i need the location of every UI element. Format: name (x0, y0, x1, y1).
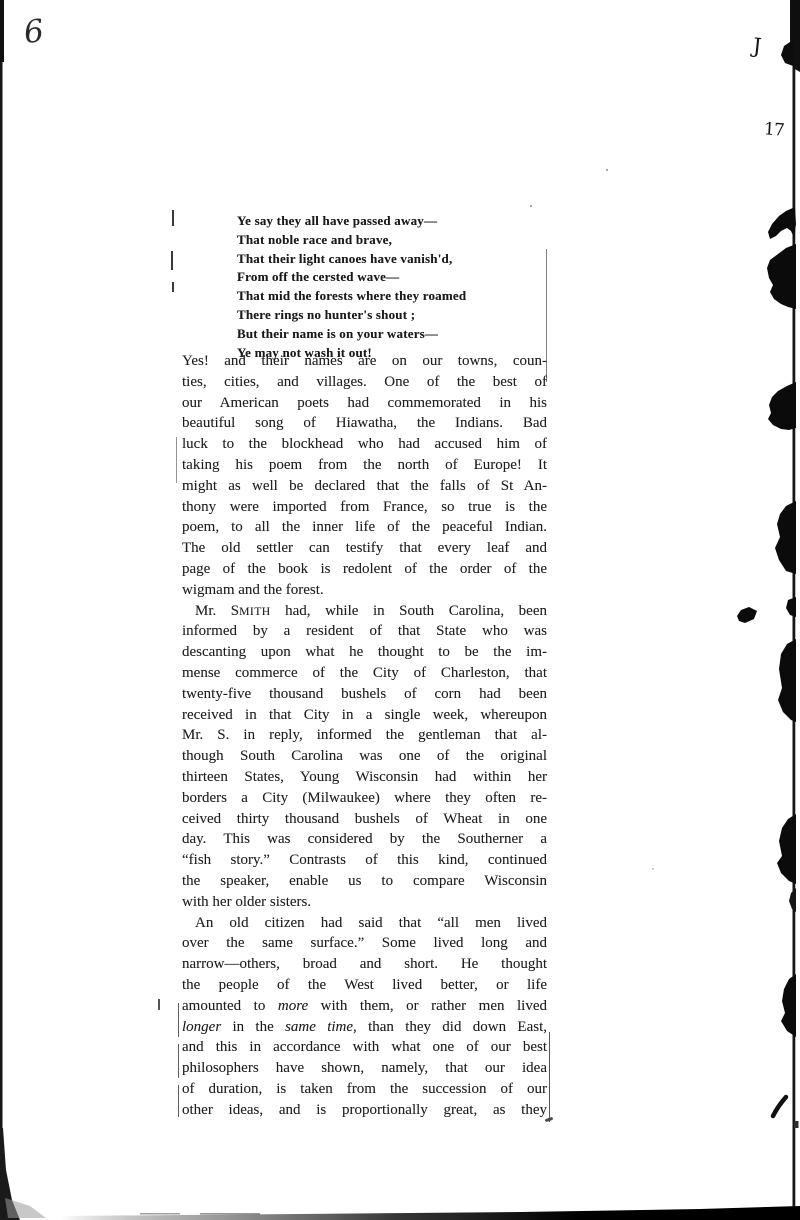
ink-blotch (768, 382, 796, 430)
text-line: over the same surface.” Some lived long … (182, 933, 547, 954)
paper-speck (530, 205, 532, 207)
text-line: beautiful song of Hiawatha, the Indians.… (182, 413, 547, 434)
text-line: ceived thirty thousand bushels of Wheat … (182, 809, 547, 830)
ink-blotch (786, 597, 796, 617)
left-bottom-smudge (5, 1198, 46, 1218)
text-line: with her older sisters. (182, 892, 547, 913)
italic-text: same time (285, 1019, 353, 1035)
margin-tick (158, 999, 160, 1010)
poem-line: Ye say they all have passed away— (237, 212, 557, 231)
text-line: ties, cities, and villages. One of the b… (182, 372, 547, 393)
paper-speck (652, 868, 654, 870)
text-line: luck to the blockhead who had accused hi… (182, 434, 547, 455)
text-line: the speaker, enable us to compare Wiscon… (182, 871, 547, 892)
text-line: narrow—others, broad and short. He thoug… (182, 954, 547, 975)
ink-spot-isolated (737, 607, 757, 623)
italic-text: more (278, 998, 308, 1014)
poem-line: From off the cersted wave— (237, 268, 557, 287)
text-line: though South Carolina was one of the ori… (182, 746, 547, 767)
text-line: philosophers have shown, namely, that ou… (182, 1058, 547, 1079)
text-line: informed by a resident of that State who… (182, 621, 547, 642)
ink-blotch (775, 501, 796, 574)
poem-line: That noble race and brave, (237, 231, 557, 250)
ink-blotch (768, 207, 796, 239)
margin-rule-left-bottom (178, 1003, 179, 1117)
text-line: other ideas, and is proportionally great… (182, 1100, 547, 1121)
text-line: day. This was considered by the Southern… (182, 829, 547, 850)
ink-blotch (789, 888, 796, 912)
paper-speck (606, 169, 608, 171)
left-edge-line (0, 0, 3, 1220)
ink-blotch (781, 974, 796, 1037)
text-line: might as well be declared that the falls… (182, 476, 547, 497)
bottom-dash (140, 1213, 180, 1215)
margin-tick (171, 251, 173, 270)
poem-line: That mid the forests where they roamed (237, 287, 557, 306)
poem-line: That their light canoes have vanish'd, (237, 250, 557, 269)
text-line: our American poets had commemorated in h… (182, 393, 547, 414)
text-line: Mr. Smith had, while in South Carolina, … (182, 601, 547, 622)
text-line: Mr. S. in reply, informed the gentleman … (182, 725, 547, 746)
margin-rule-left-mid (176, 437, 177, 483)
right-edge-line (793, 0, 796, 1220)
small-caps-text: mith (239, 605, 270, 618)
ink-dot (794, 1121, 799, 1128)
text-line: the people of the West lived better, or … (182, 975, 547, 996)
ink-blotch (777, 814, 796, 884)
text-line: thony were imported from France, so true… (182, 497, 547, 518)
text-line: twenty-five thousand bushels of corn had… (182, 684, 547, 705)
paragraph: Yes! and their names are on our towns, c… (182, 351, 547, 601)
text-line: page of the book is redolent of the orde… (182, 559, 547, 580)
text-line: longer in the same time, than they did d… (182, 1017, 547, 1038)
text-line: borders a City (Milwaukee) where they of… (182, 788, 547, 809)
left-edge-bottom-wedge (0, 1128, 20, 1220)
margin-mark-upper-right: 17 (763, 119, 784, 140)
text-line: An old citizen had said that “all men li… (182, 913, 547, 934)
text-line: received in that City in a single week, … (182, 705, 547, 726)
text-line: The old settler can testify that every l… (182, 538, 547, 559)
scanned-document-page: 6 J 17 Ye say they all have passed away—… (0, 0, 800, 1220)
article-text: Yes! and their names are on our towns, c… (182, 351, 547, 1120)
poem-line: There rings no hunter's shout ; (237, 306, 557, 325)
paragraph: An old citizen had said that “all men li… (182, 913, 547, 1121)
bottom-dash (200, 1213, 260, 1215)
text-line: taking his poem from the north of Europe… (182, 455, 547, 476)
ink-blotch (767, 244, 796, 309)
bottom-edge-band (60, 1206, 800, 1220)
poem-line: But their name is on your waters— (237, 325, 557, 344)
paragraph: Mr. Smith had, while in South Carolina, … (182, 601, 547, 913)
text-line: poem, to all the inner life of the peace… (182, 517, 547, 538)
text-line: and this in accordance with what one of … (182, 1037, 547, 1058)
left-edge-top (0, 0, 4, 62)
margin-tick (172, 282, 174, 292)
text-line: “fish story.” Contrasts of this kind, co… (182, 850, 547, 871)
italic-text: longer (182, 1019, 221, 1035)
poem: Ye say they all have passed away—That no… (237, 212, 557, 362)
ink-slash-mark (773, 1097, 786, 1116)
right-edge-top (790, 0, 800, 72)
text-line: descanting upon what he thought to be th… (182, 642, 547, 663)
ink-blotch-top (781, 40, 793, 66)
handwritten-page-number: 6 (22, 13, 46, 51)
text-line: of duration, is taken from the successio… (182, 1079, 547, 1100)
text-line: Yes! and their names are on our towns, c… (182, 351, 547, 372)
margin-tick (172, 210, 174, 226)
text-line: thirteen States, Young Wisconsin had wit… (182, 767, 547, 788)
text-line: wigmam and the forest. (182, 580, 547, 601)
ink-blotch (778, 639, 796, 722)
margin-rule-right-bottom (549, 1032, 550, 1122)
text-line: mense commerce of the City of Charleston… (182, 663, 547, 684)
text-line: amounted to more with them, or rather me… (182, 996, 547, 1017)
margin-mark-top-right: J (752, 34, 763, 59)
